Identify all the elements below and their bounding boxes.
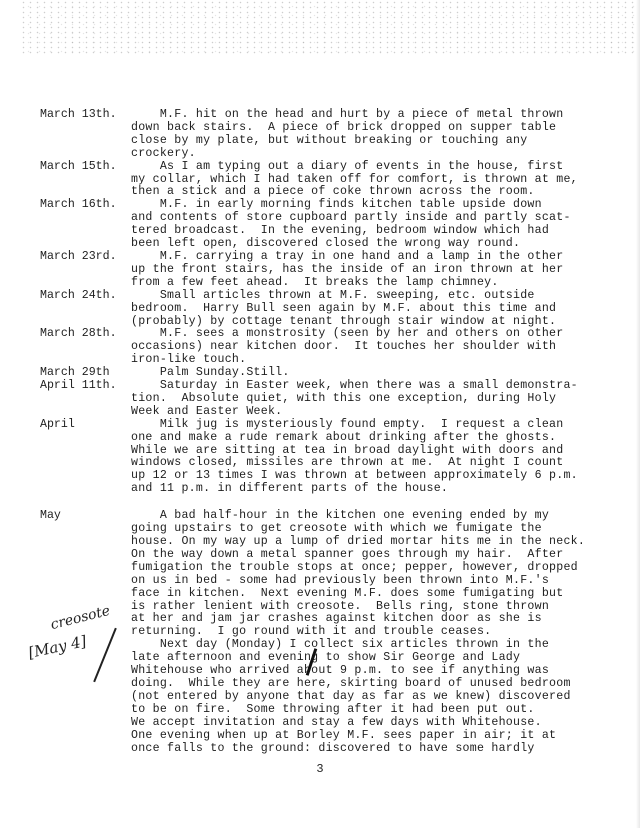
text-line: crockery.: [131, 148, 601, 161]
text-line: M.F. hit on the head and hurt by a piece…: [131, 109, 601, 122]
handwritten-slash-mark: [93, 628, 117, 683]
diary-entry: March 28th. M.F. sees a monstrosity (see…: [0, 328, 640, 367]
text-line: down back stairs. A piece of brick dropp…: [131, 122, 601, 135]
text-line: Milk jug is mysteriously found empty. I …: [131, 419, 601, 432]
text-line: on us in bed - some had previously been …: [131, 575, 601, 588]
scan-speckle: [20, 0, 640, 55]
text-line: house. On my way up a lump of dried mort…: [131, 536, 601, 549]
entry-date: March 28th.: [40, 328, 117, 341]
entry-text: M.F. sees a monstrosity (seen by her and…: [131, 328, 601, 367]
handwritten-margin-note: creosote [May 4]: [28, 610, 118, 690]
text-line: We accept invitation and stay a few days…: [131, 717, 601, 730]
entry-text: Milk jug is mysteriously found empty. I …: [131, 419, 601, 496]
entry-text: M.F. carrying a tray in one hand and a l…: [131, 251, 601, 290]
text-line: (not entered by anyone that day as far a…: [131, 691, 601, 704]
diary-entry: March 16th. M.F. in early morning finds …: [0, 199, 640, 251]
text-line: fumigation the trouble stops at once; pe…: [131, 562, 601, 575]
entry-date: March 15th.: [40, 161, 117, 174]
text-line: face in kitchen. Next evening M.F. does …: [131, 588, 601, 601]
text-line: Week and Easter Week.: [131, 406, 601, 419]
text-line: close by my plate, but without breaking …: [131, 135, 601, 148]
text-line: As I am typing out a diary of events in …: [131, 161, 601, 174]
entry-date: March 16th.: [40, 199, 117, 212]
entry-text: Small articles thrown at M.F. sweeping, …: [131, 290, 601, 329]
text-line: from a few feet ahead. It breaks the lam…: [131, 277, 601, 290]
text-line: up the front stairs, has the inside of a…: [131, 264, 601, 277]
text-line: Small articles thrown at M.F. sweeping, …: [131, 290, 601, 303]
diary-entry: March 24th. Small articles thrown at M.F…: [0, 290, 640, 329]
diary-entry: March 13th. M.F. hit on the head and hur…: [0, 109, 640, 161]
entry-text: M.F. in early morning finds kitchen tabl…: [131, 199, 601, 251]
handwritten-note-date: [May 4]: [27, 632, 88, 662]
text-line: to be on fire. Some throwing after it ha…: [131, 704, 601, 717]
entry-date: March 13th.: [40, 109, 117, 122]
entry-date: April: [40, 419, 75, 432]
text-line: bedroom. Harry Bull seen again by M.F. a…: [131, 303, 601, 316]
text-line: doing. While they are here, skirting boa…: [131, 678, 601, 691]
entry-text: As I am typing out a diary of events in …: [131, 161, 601, 200]
entry-date: May: [40, 510, 61, 523]
diary-entry: April Milk jug is mysteriously found emp…: [0, 419, 640, 496]
text-line: Saturday in Easter week, when there was …: [131, 380, 601, 393]
diary-entry: March 15th. As I am typing out a diary o…: [0, 161, 640, 200]
text-line: M.F. carrying a tray in one hand and a l…: [131, 251, 601, 264]
entry-text: A bad half-hour in the kitchen one eveni…: [131, 510, 601, 755]
text-line: One evening when up at Borley M.F. sees …: [131, 730, 601, 743]
page-number: 3: [0, 762, 640, 776]
text-line: tion. Absolute quiet, with this one exce…: [131, 393, 601, 406]
section-gap: [0, 496, 640, 510]
entry-text: Saturday in Easter week, when there was …: [131, 380, 601, 419]
text-line: and 11 p.m. in different parts of the ho…: [131, 483, 601, 496]
text-line: On the way down a metal spanner goes thr…: [131, 549, 601, 562]
entry-text: M.F. hit on the head and hurt by a piece…: [131, 109, 601, 161]
entry-date: March 23rd.: [40, 251, 117, 264]
entry-date: April 11th.: [40, 380, 117, 393]
text-line: one and make a rude remark about drinkin…: [131, 432, 601, 445]
entry-date: March 24th.: [40, 290, 117, 303]
text-line: once falls to the ground: discovered to …: [131, 743, 601, 756]
diary-entry: March 23rd. M.F. carrying a tray in one …: [0, 251, 640, 290]
diary-entry: April 11th. Saturday in Easter week, whe…: [0, 380, 640, 419]
